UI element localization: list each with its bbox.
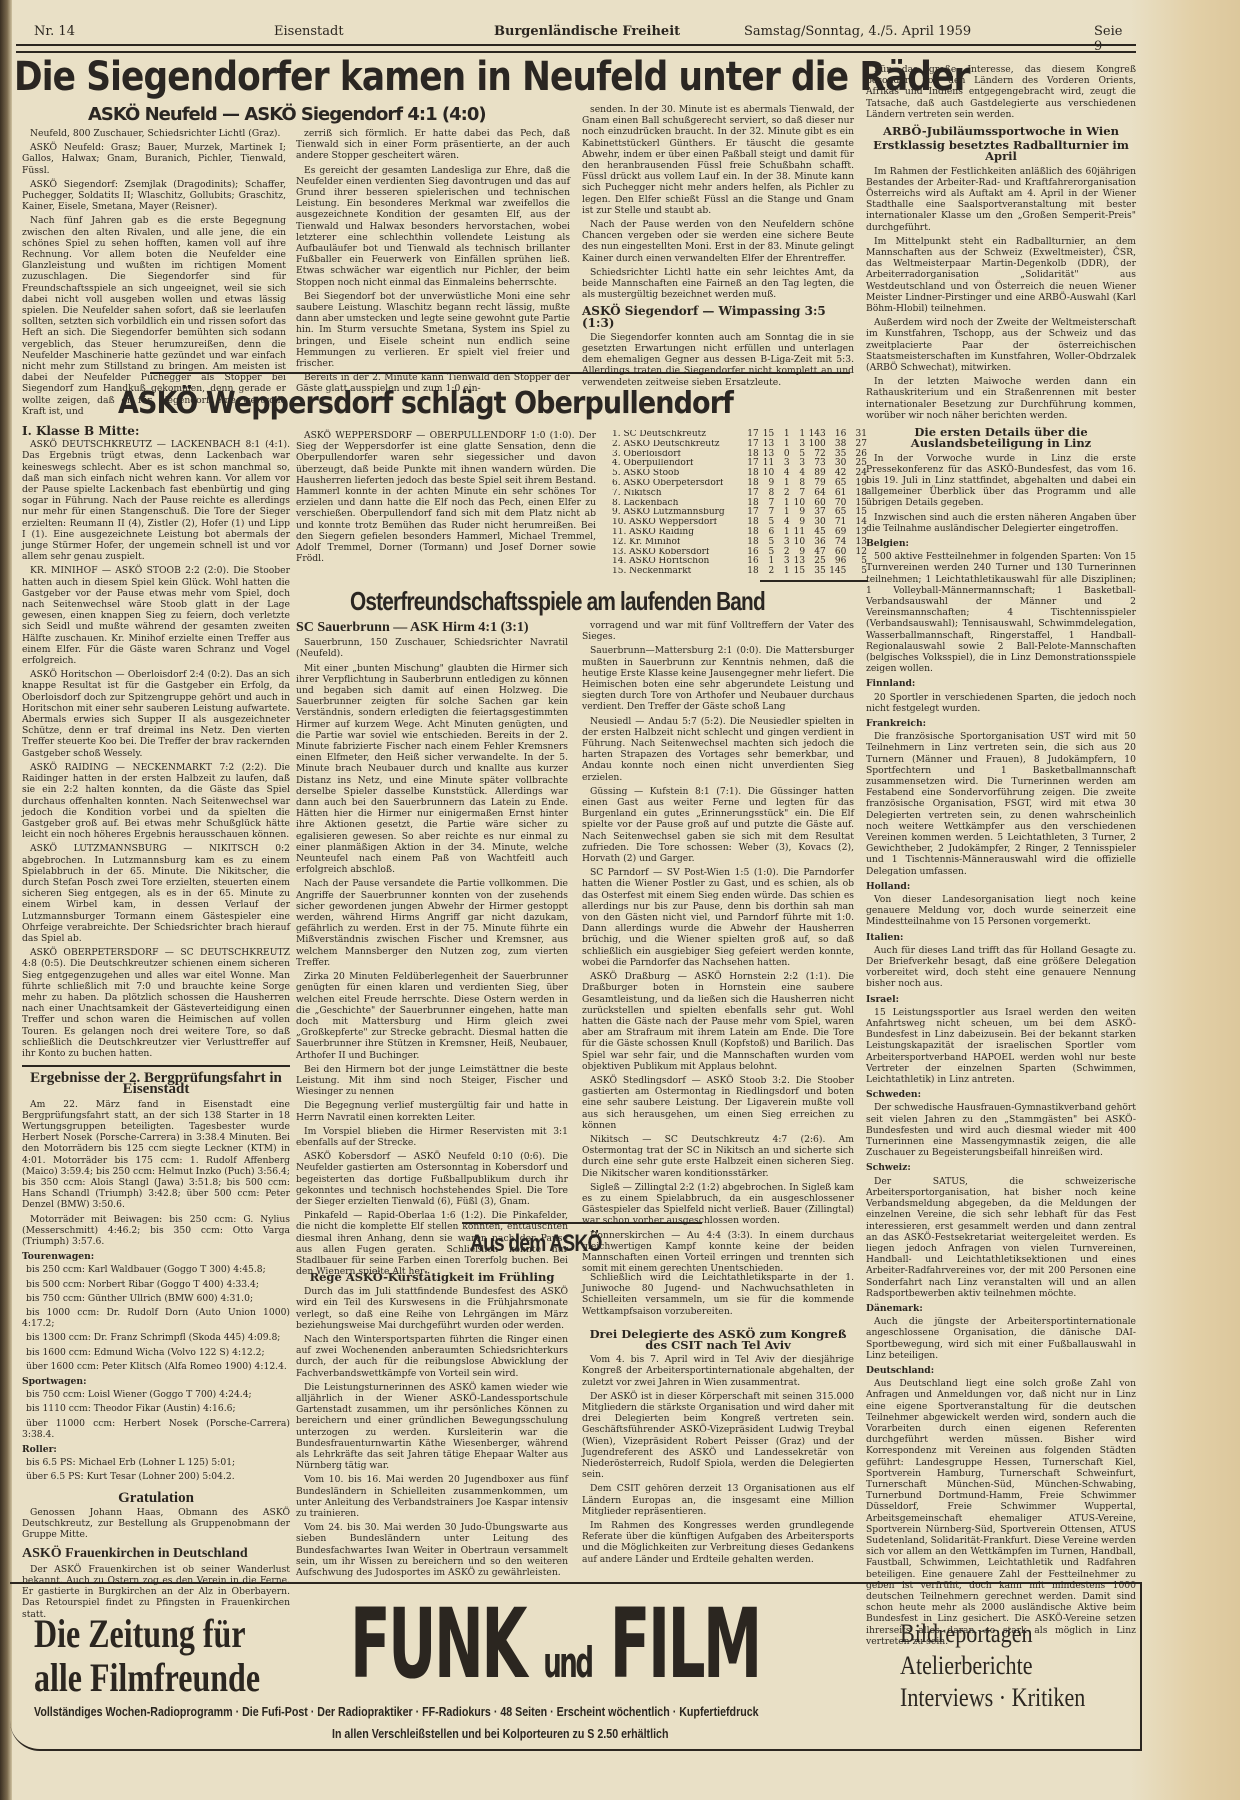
- paragraph: Im Rahmen des Kongresses werden grundleg…: [582, 1520, 854, 1565]
- paragraph: Nikitsch — SC Deutschkreutz 4:7 (2:6). A…: [582, 1134, 854, 1179]
- standings-row: 5. ASKÖ Stoob181044894224: [612, 469, 867, 479]
- paragraph: Vom 24. bis 30. Mai werden 30 Judo-Übung…: [296, 1522, 568, 1578]
- paragraph: Für das große Interesse, das diesem Kong…: [866, 64, 1136, 120]
- frauenkirchen-headline: ASKÖ Frauenkirchen in Deutschland: [22, 1548, 290, 1559]
- team-name: 10. ASKÖ Weppersdorf: [612, 518, 743, 528]
- paragraph: Güssing — Kufstein 8:1 (7:1). Die Güssin…: [582, 786, 854, 864]
- team-name: 13. ASKÖ Kobersdorf: [612, 548, 743, 558]
- paragraph: ASKÖ OBERPETERSDORF — SC DEUTSCHKREUTZ 4…: [22, 947, 290, 1059]
- paragraph: Motorräder mit Beiwagen: bis 250 ccm: G.…: [22, 1214, 290, 1248]
- team-name: 3. Oberloisdorf: [612, 450, 743, 460]
- caption: Dänemark:: [866, 1303, 1136, 1314]
- paragraph: Nach den Wintersportsparten führten die …: [296, 1334, 568, 1379]
- paragraph: In der letzten Maiwoche werden dann ein …: [866, 376, 1136, 421]
- headline-aus-dem-askoe: Aus dem ASKÖ: [470, 1230, 602, 1258]
- paragraph: Nach der Pause werden von den Neufeldern…: [582, 219, 854, 264]
- standings-row: 13. ASKÖ Kobersdorf16529476012: [612, 548, 867, 558]
- team-name: 9. ASKÖ Lutzmannsburg: [612, 508, 743, 518]
- caption: Holland:: [866, 881, 1136, 892]
- paper-name: Burgenländische Freiheit: [494, 24, 680, 39]
- team-name: 7. Nikitsch: [612, 489, 743, 499]
- paragraph: ASKÖ DEUTSCHKREUTZ — LACKENBACH 8:1 (4:1…: [22, 439, 290, 562]
- advert-tagline: Die Zeitung für alle Filmfreunde: [34, 1612, 260, 1700]
- advert-funk-und-film: Die Zeitung für alle Filmfreunde FUNK un…: [10, 1582, 1142, 1751]
- linz-headline: Die ersten Details über die Auslandsbete…: [866, 427, 1136, 449]
- paragraph: Neufeld, 800 Zuschauer, Schiedsrichter L…: [22, 128, 286, 139]
- stat-tm: 145: [826, 567, 847, 577]
- brand-word: FUNK: [350, 1588, 525, 1700]
- paragraph: 20 Sportler in verschiedenen Sparten, di…: [866, 692, 1136, 714]
- paragraph: ASKÖ Stedlingsdorf — ASKÖ Stoob 3:2. Die…: [582, 1075, 854, 1131]
- paragraph: bis 1600 ccm: Edmund Wicha (Volvo 122 S)…: [22, 1347, 290, 1358]
- advert-tagline-line: Die Zeitung für: [34, 1612, 260, 1656]
- paragraph: bis 250 ccm: Karl Waldbauer (Goggo T 300…: [22, 1264, 290, 1275]
- caption: Israel:: [866, 994, 1136, 1005]
- team-name: 5. ASKÖ Stoob: [612, 469, 743, 479]
- brand-und: und: [543, 1638, 591, 1687]
- paragraph: Nach der Pause versandete die Partie vol…: [296, 878, 568, 968]
- team-name: 15. Neckenmarkt: [612, 567, 743, 577]
- paragraph: Schiedsrichter Lichtl hatte ein sehr lei…: [582, 267, 854, 301]
- standings-row: 10. ASKÖ Weppersdorf18549307114: [612, 518, 867, 528]
- paragraph: SC Parndorf — SV Post-Wien 1:5 (1:0). Di…: [582, 867, 854, 968]
- stat-pkt: 5: [846, 567, 867, 577]
- caption: Belgien:: [866, 538, 1136, 549]
- masthead: Nr. 14 Eisenstadt Burgenländische Freihe…: [34, 22, 1129, 46]
- askoe-left: Rege ASKÖ-Kurstätigkeit im Frühling Durc…: [296, 1266, 568, 1581]
- paragraph: über 6.5 PS: Kurt Tesar (Lohner 200) 5:0…: [22, 1471, 290, 1482]
- paragraph: KR. MINIHOF — ASKÖ STOOB 2:2 (2:0). Die …: [22, 565, 290, 666]
- country-list: Belgien:500 aktive Festteilnehmer in fol…: [866, 538, 1136, 1647]
- stat-sp: 18: [743, 567, 758, 577]
- paragraph: bis 1300 ccm: Dr. Franz Schrimpfl (Skoda…: [22, 1332, 290, 1343]
- stat-g: 2: [759, 567, 774, 577]
- headline-siegendorf: Die Siegendorfer kamen in Neufeld unter …: [14, 54, 970, 100]
- paragraph: bis 1000 ccm: Dr. Rudolf Dorn (Auto Unio…: [22, 1307, 290, 1329]
- results-groups: Tourenwagen:bis 250 ccm: Karl Waldbauer …: [22, 1251, 290, 1482]
- team-name: 8. Lackenbach: [612, 499, 743, 509]
- masthead-rule: [16, 44, 1136, 53]
- paragraph: Vom 4. bis 7. April wird in Tel Aviv der…: [582, 1354, 854, 1388]
- advert-features-list: Bildreportagen Atelierberichte Interview…: [900, 1618, 1085, 1714]
- page-edge: [1130, 0, 1240, 1800]
- paragraph: Der ASKÖ ist in dieser Körperschaft mit …: [582, 1391, 854, 1481]
- standings-table: 1. SC Deutschkreutz17151114316312. ASKÖ …: [612, 430, 867, 577]
- article1-col2: zerriß sich förmlich. Er hatte dabei das…: [296, 128, 570, 398]
- advert-availability: In allen Verschleißstellen und bei Kolpo…: [332, 1726, 668, 1741]
- paragraph: Die Siegendorfer konnten auch am Sonntag…: [582, 332, 854, 388]
- paragraph: Der schwedische Hausfrauen-Gymnastikverb…: [866, 1102, 1136, 1158]
- paragraph: ASKÖ WEPPERSDORF — OBERPULLENDORF 1:0 (1…: [296, 430, 596, 564]
- stat-tp: 35: [805, 567, 826, 577]
- team-name: 1. SC Deutschkreutz: [612, 430, 743, 440]
- paragraph: Inzwischen sind auch die ersten näheren …: [866, 512, 1136, 534]
- standings-row: 1. SC Deutschkreutz1715111431631: [612, 430, 867, 440]
- paragraph: Genossen Johann Haas, Obmann des ASKÖ De…: [22, 1507, 290, 1541]
- paragraph: Im Vorspiel blieben die Hirmer Reservist…: [296, 1126, 568, 1148]
- page-binding-shadow: [0, 0, 12, 1800]
- city: Eisenstadt: [274, 24, 344, 39]
- article1-col1: Neufeld, 800 Zuschauer, Schiedsrichter L…: [22, 128, 286, 420]
- article2-middle: ASKÖ WEPPERSDORF — OBERPULLENDORF 1:0 (1…: [296, 430, 596, 567]
- standings-row: 11. ASKÖ Raiding186111456913: [612, 528, 867, 538]
- paragraph: Die französische Sportorganisation UST w…: [866, 731, 1136, 877]
- standings-row: 3. Oberloisdorf181305723526: [612, 450, 867, 460]
- standings-row: 4. Oberpullendorf171133733025: [612, 459, 867, 469]
- paragraph: Die Leistungsturnerinnen des ASKÖ kamen …: [296, 1382, 568, 1472]
- paragraph: ASKÖ Horitschon — Oberloisdorf 2:4 (0:2)…: [22, 669, 290, 759]
- feature-line: Bildreportagen: [900, 1618, 1085, 1650]
- paragraph: bis 750 ccm: Günther Ullrich (BMW 600) 4…: [22, 1293, 290, 1304]
- section-rule: [150, 372, 850, 374]
- paragraph: Sauerbrunn, 150 Zuschauer, Schiedsrichte…: [296, 637, 568, 659]
- paragraph: Es gereicht der gesamten Landesliga zur …: [296, 165, 570, 288]
- paragraph: senden. In der 30. Minute ist es abermal…: [582, 104, 854, 216]
- bergpruefung-headline: Ergebnisse der 2. Bergprüfungsfahrt in E…: [22, 1073, 290, 1095]
- paragraph: ASKÖ Draßburg — ASKÖ Hornstein 2:2 (1:1)…: [582, 971, 854, 1072]
- paragraph: 500 aktive Festteilnehmer in folgenden S…: [866, 551, 1136, 674]
- paragraph: Die Begegnung verlief mustergültig fair …: [296, 1100, 568, 1122]
- paragraph: Sauerbrunn—Mattersburg 2:1 (0:0). Die Ma…: [582, 645, 854, 712]
- article2-left: I. Klasse B Mitte: ASKÖ DEUTSCHKREUTZ — …: [22, 422, 290, 1623]
- paragraph: In der Vorwoche wurde in Linz die erste …: [866, 453, 1136, 509]
- standings-row: 7. Nikitsch17827646118: [612, 489, 867, 499]
- standings-row: 15. Neckenmarkt182115351455: [612, 567, 867, 577]
- right-column: Für das große Interesse, das diesem Kong…: [866, 64, 1136, 1650]
- paragraph: Von dieser Landesorganisation liegt noch…: [866, 894, 1136, 928]
- paragraph: Bei den Hirmern bot der junge Leimstättn…: [296, 1064, 568, 1098]
- brand-word: FILM: [610, 1588, 760, 1700]
- paragraph: Außerdem wird noch der Zweite der Weltme…: [866, 317, 1136, 373]
- gratulation-headline: Gratulation: [22, 1493, 290, 1504]
- caption: Finnland:: [866, 678, 1136, 689]
- subhead-wimpassing: ASKÖ Siegendorf — Wimpassing 3:5 (1:3): [582, 306, 854, 328]
- paragraph: bis 500 ccm: Norbert Ribar (Goggo T 400)…: [22, 1279, 290, 1290]
- paragraph: Im Mittelpunkt steht ein Radballturnier,…: [866, 236, 1136, 314]
- team-name: 4. Oberpullendorf: [612, 459, 743, 469]
- paragraph: bis 6.5 PS: Michael Erb (Lohner L 125) 5…: [22, 1457, 290, 1468]
- paragraph: Auch für dieses Land trifft das für Holl…: [866, 945, 1136, 990]
- paragraph: ASKÖ Kobersdorf — ASKÖ Neufeld 0:10 (0:6…: [296, 1151, 568, 1207]
- paragraph: zerriß sich förmlich. Er hatte dabei das…: [296, 128, 570, 162]
- paragraph: Zirka 20 Minuten Feldüberlegenheit der S…: [296, 971, 568, 1061]
- paragraph: bis 750 ccm: Loisl Wiener (Goggo T 700) …: [22, 1389, 290, 1400]
- team-name: 14. ASKÖ Horitschon: [612, 557, 743, 567]
- caption: Schweiz:: [866, 1162, 1136, 1173]
- standings-row: 6. ASKÖ Oberpetersdorf18918796519: [612, 479, 867, 489]
- paragraph: ASKÖ RAIDING — NECKENMARKT 7:2 (2:2). Di…: [22, 762, 290, 840]
- standings-row: 2. ASKÖ Deutschkreutz1713131003827: [612, 440, 867, 450]
- standings-row: 9. ASKÖ Lutzmannsburg17719376515: [612, 508, 867, 518]
- issue-date: Samstag/Sonntag, 4./5. April 1959: [744, 24, 971, 39]
- paragraph: Schließlich wird die Leichtathletikspart…: [582, 1272, 854, 1317]
- paragraph: Am 22. März fand in Eisenstadt eine Berg…: [22, 1099, 290, 1211]
- subhead-neufeld-siegendorf: ASKÖ Neufeld — ASKÖ Siegendorf 4:1 (4:0): [88, 104, 486, 125]
- paragraph: Donnerskirchen — Au 4:4 (3:3). In einem …: [582, 1230, 854, 1275]
- team-name: 11. ASKÖ Raiding: [612, 528, 743, 538]
- advert-brand: FUNK und FILM: [350, 1596, 760, 1711]
- caption: Frankreich:: [866, 718, 1136, 729]
- standings-row: 12. Kr. Minihof185310367413: [612, 538, 867, 548]
- paragraph: vorragend und war mit fünf Volltreffern …: [582, 620, 854, 642]
- paragraph: über 1600 ccm: Peter Klitsch (Alfa Romeo…: [22, 1361, 290, 1372]
- stat-v: 15: [790, 567, 805, 577]
- article3-col1: SC Sauerbrunn — ASK Hirm 4:1 (3:1) Sauer…: [296, 618, 568, 1280]
- section-rule: [462, 1222, 702, 1224]
- paragraph: Vom 10. bis 16. Mai werden 20 Jugendboxe…: [296, 1474, 568, 1519]
- section-rule: [22, 1065, 290, 1067]
- paragraph: Mit einer „bunten Mischung" glaubten die…: [296, 663, 568, 876]
- caption: Italien:: [866, 932, 1136, 943]
- advert-tagline-line: alle Filmfreunde: [34, 1656, 260, 1700]
- caption: Schweden:: [866, 1089, 1136, 1100]
- askoe-right: Schließlich wird die Leichtathletikspart…: [582, 1272, 854, 1568]
- paragraph: 15 Leistungssportler aus Israel werden d…: [866, 1007, 1136, 1085]
- article3-col2: vorragend und war mit fünf Volltreffern …: [582, 620, 854, 1277]
- arbo-headline-2: Erstklassig besetztes Radballturnier im …: [866, 140, 1136, 162]
- article1-col3: senden. In der 30. Minute ist es abermal…: [582, 104, 854, 391]
- team-name: 6. ASKÖ Oberpetersdorf: [612, 479, 743, 489]
- paragraph: über 11000 ccm: Herbert Nosek (Porsche-C…: [22, 1418, 290, 1440]
- caption: Deutschland:: [866, 1365, 1136, 1376]
- feature-line: Atelierberichte: [900, 1650, 1085, 1682]
- arbo-headline-1: ARBÖ-Jubiläumssportwoche in Wien: [866, 126, 1136, 137]
- kurs-headline: Rege ASKÖ-Kurstätigkeit im Frühling: [296, 1272, 568, 1283]
- paragraph: Durch das im Juli stattfindende Bundesfe…: [296, 1286, 568, 1331]
- advert-features-line: Vollständiges Wochen-Radioprogramm · Die…: [34, 1704, 759, 1719]
- paragraph: ASKÖ Siegendorf: Zsemjlak (Dragodinits);…: [22, 179, 286, 213]
- stat-u: 1: [774, 567, 789, 577]
- headline-weppersdorf: ASKÖ Weppersdorf schlägt Oberpullendorf: [118, 386, 733, 421]
- paragraph: Im Rahmen der Festlichkeiten anläßlich d…: [866, 166, 1136, 233]
- paragraph: bis 1110 ccm: Theodor Fikar (Austin) 4:1…: [22, 1403, 290, 1414]
- caption: Tourenwagen:: [22, 1251, 290, 1262]
- feature-line: Interviews · Kritiken: [900, 1682, 1085, 1714]
- headline-osterfreundschaftsspiele: Osterfreundschaftsspiele am laufenden Ba…: [350, 586, 765, 617]
- league-label: I. Klasse B Mitte:: [22, 426, 290, 437]
- team-name: 2. ASKÖ Deutschkreutz: [612, 440, 743, 450]
- subhead-sauerbrunn-hirm: SC Sauerbrunn — ASK Hirm 4:1 (3:1): [296, 622, 568, 633]
- paragraph: Neusiedl — Andau 5:7 (5:2). Die Neusiedl…: [582, 716, 854, 783]
- paragraph: Der SATUS, die schweizerische Arbeitersp…: [866, 1176, 1136, 1299]
- caption: Sportwagen:: [22, 1376, 290, 1387]
- standings-row: 8. Lackenbach187110607015: [612, 499, 867, 509]
- paragraph: ASKÖ LUTZMANNSBURG — NIKITSCH 0:2 abgebr…: [22, 843, 290, 944]
- paragraph: ASKÖ Neufeld: Grasz; Bauer, Murzek, Mart…: [22, 142, 286, 176]
- csit-headline: Drei Delegierte des ASKÖ zum Kongreß des…: [582, 1329, 854, 1351]
- section-rule: [760, 580, 868, 582]
- issue-number: Nr. 14: [34, 24, 75, 39]
- paragraph: Sigleß — Zillingtal 2:2 (1:2) abgebroche…: [582, 1182, 854, 1227]
- team-name: 12. Kr. Minihof: [612, 538, 743, 548]
- paragraph: Auch die jüngste der Arbeitersportintern…: [866, 1316, 1136, 1361]
- caption: Roller:: [22, 1444, 290, 1455]
- paragraph: Bei Siegendorf bot der unverwüstliche Mo…: [296, 291, 570, 369]
- paragraph: Dem CSIT gehören derzeit 13 Organisation…: [582, 1483, 854, 1517]
